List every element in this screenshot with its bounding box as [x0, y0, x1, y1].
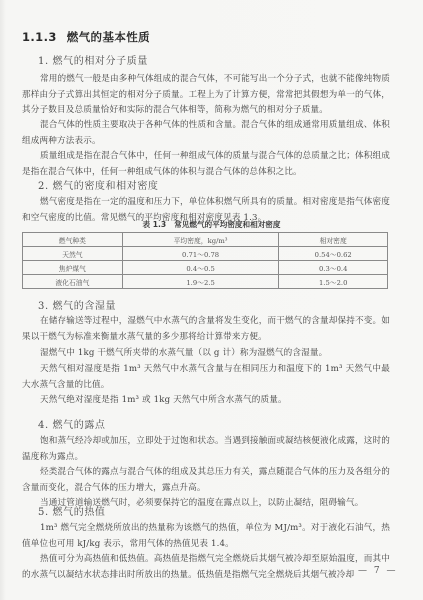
table-cell: 液化石油气 — [23, 275, 123, 289]
paragraph: 混合气体的性质主要取决于各种气体的性质和含量。混合气体的组成通常用质量组成、体积… — [22, 118, 390, 149]
paragraph: 天然气绝对湿度是指 1m³ 或 1kg 天然气中所含水蒸气的质量。 — [22, 393, 390, 409]
table-header-cell: 燃气种类 — [23, 233, 123, 247]
paragraph: 常用的燃气一般是由多种气体组成的混合气体，不可能写出一个分子式，也就不能像纯物质… — [22, 72, 390, 119]
page-number: — 7 — — [358, 566, 397, 576]
density-table: 燃气种类 平均密度，kg/m³ 相对密度 天然气 0.71～0.78 0.54～… — [22, 232, 388, 289]
table-cell: 天然气 — [23, 247, 123, 261]
table-cell: 0.54～0.62 — [279, 247, 388, 261]
subsection-heading-4: 4. 燃气的露点 — [38, 416, 106, 431]
subsection-heading-1: 1. 燃气的相对分子质量 — [38, 52, 148, 67]
paragraph: 饱和蒸气经冷却或加压，立即处于过饱和状态。当遇到接触面或凝结核便液化成露，这时的… — [22, 434, 390, 465]
subsection-heading-3: 3. 燃气的含湿量 — [38, 297, 116, 312]
paragraph: 热值可分为高热值和低热值。高热值是指燃气完全燃烧后其烟气被冷却至原始温度，而其中… — [22, 552, 390, 583]
table-row: 焦炉煤气 0.4～0.5 0.3～0.4 — [23, 261, 388, 275]
table-cell: 1.9～2.5 — [122, 275, 279, 289]
table-cell: 1.5～2.0 — [279, 275, 388, 289]
paragraph: 烃类混合气体的露点与混合气体的组成及其总压力有关，露点随混合气体的压力及各组分的… — [22, 465, 390, 496]
table-cell: 0.3～0.4 — [279, 261, 388, 275]
table-cell: 0.4～0.5 — [122, 261, 279, 275]
paragraph: 天然气相对湿度是指 1m³ 天然气中水蒸气含量与在相同压力和温度下的 1m³ 天… — [22, 362, 390, 393]
paragraph: 湿燃气中 1kg 干燃气所夹带的水蒸气量（以 g 计）称为湿燃气的含湿量。 — [22, 346, 390, 362]
paragraph: 在储存输送等过程中，湿燃气中水蒸气的含量将发生变化，而干燃气的含量却保持不变。如… — [22, 314, 390, 345]
paragraph: 1m³ 燃气完全燃烧所放出的热量称为该燃气的热值，单位为 MJ/m³。对于液化石… — [22, 521, 390, 552]
book-page: 1.1.3燃气的基本性质 1. 燃气的相对分子质量 常用的燃气一般是由多种气体组… — [0, 0, 423, 600]
table-cell: 0.71～0.78 — [122, 247, 279, 261]
paragraph: 质量组成是指在混合气体中，任何一种组成气体的质量与混合气体的总质量之比；体积组成… — [22, 149, 390, 180]
table-caption-text: 常见燃气的平均密度和相对密度 — [174, 220, 280, 229]
section-title-text: 燃气的基本性质 — [67, 30, 150, 44]
section-number: 1.1.3 — [22, 30, 57, 44]
table-cell: 焦炉煤气 — [23, 261, 123, 275]
table-header-cell: 平均密度，kg/m³ — [122, 233, 279, 247]
table-number: 表 1.3 — [142, 220, 166, 229]
subsection-heading-2: 2. 燃气的密度和相对密度 — [38, 177, 159, 192]
table-header-row: 燃气种类 平均密度，kg/m³ 相对密度 — [23, 233, 388, 247]
subsection-heading-5: 5. 燃气的热值 — [38, 503, 106, 518]
table-caption: 表 1.3常见燃气的平均密度和相对密度 — [0, 219, 423, 230]
table-row: 液化石油气 1.9～2.5 1.5～2.0 — [23, 275, 388, 289]
section-title: 1.1.3燃气的基本性质 — [22, 29, 150, 45]
table-row: 天然气 0.71～0.78 0.54～0.62 — [23, 247, 388, 261]
table-header-cell: 相对密度 — [279, 233, 388, 247]
